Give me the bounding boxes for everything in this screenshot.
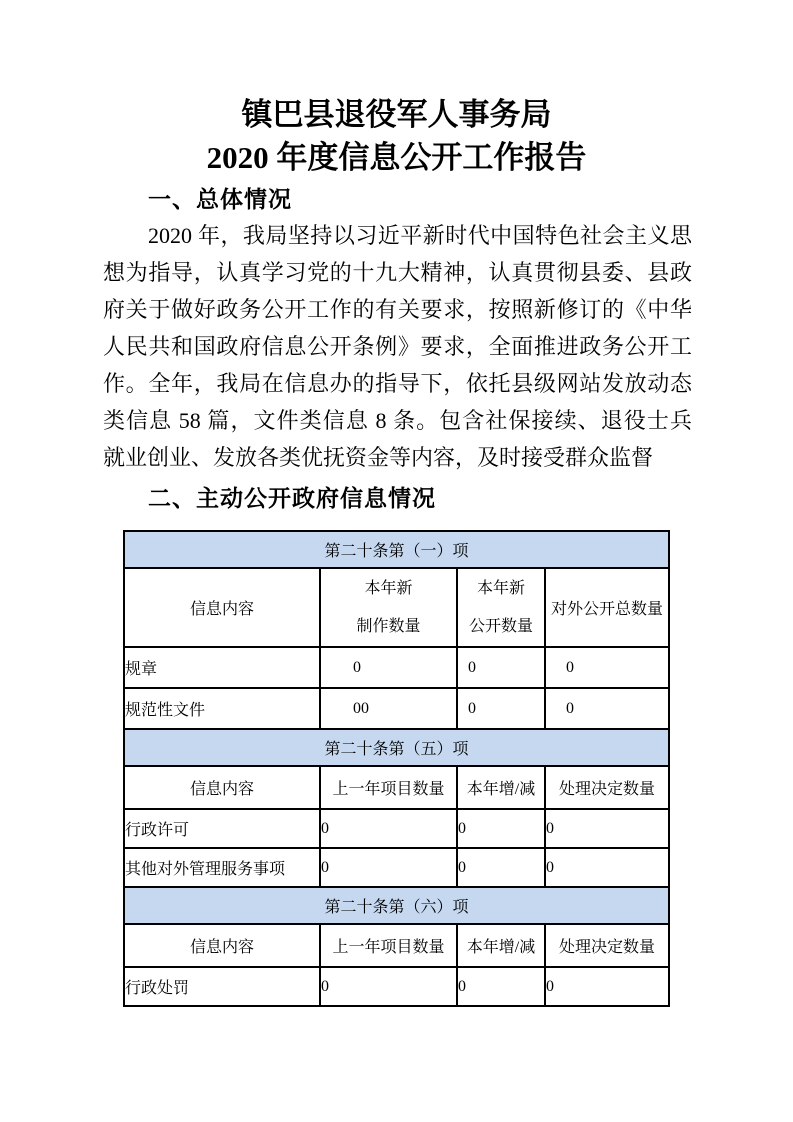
table-section-band: 第二十条第（一）项 [124, 531, 669, 568]
column-header-line: 公开数量 [458, 608, 544, 646]
row-label: 规章 [124, 647, 320, 688]
cell-value: 0 [457, 809, 545, 848]
table-column-header-row: 信息内容 本年新 制作数量 本年新 公开数量 对外公开总数量 [124, 568, 669, 647]
column-header-prev-year: 上一年项目数量 [320, 766, 457, 809]
cell-value: 0 [457, 688, 545, 729]
column-header-info-content: 信息内容 [124, 924, 320, 967]
column-header-info-content: 信息内容 [124, 766, 320, 809]
disclosure-statistics-table: 第二十条第（一）项 信息内容 本年新 制作数量 本年新 公开数量 对外公开总数量… [123, 530, 670, 1007]
table-section-band: 第二十条第（六）项 [124, 887, 669, 924]
body-line: 作。全年，我局在信息办的指导下，依托县级网站发放动态 [103, 365, 692, 402]
body-line: 府关于做好政务公开工作的有关要求，按照新修订的《中华 [103, 291, 692, 328]
cell-value: 0 [320, 967, 457, 1006]
body-line: 类信息 58 篇，文件类信息 8 条。包含社保接续、退役士兵 [103, 402, 692, 439]
document-title: 镇巴县退役军人事务局 2020 年度信息公开工作报告 [0, 0, 793, 179]
document-title-line1: 镇巴县退役军人事务局 [0, 93, 793, 136]
column-header-prev-year: 上一年项目数量 [320, 924, 457, 967]
table-section-band: 第二十条第（五）项 [124, 729, 669, 766]
body-line: 就业创业、发放各类优抚资金等内容，及时接受群众监督 [103, 439, 692, 476]
cell-value: 0 [320, 809, 457, 848]
column-header-change: 本年增/减 [457, 924, 545, 967]
table-row: 其他对外管理服务事项 0 0 0 [124, 848, 669, 887]
cell-value: 0 [457, 848, 545, 887]
cell-value: 00 [320, 688, 457, 729]
row-label: 规范性文件 [124, 688, 320, 729]
table-row: 行政许可 0 0 0 [124, 809, 669, 848]
table-row: 规章 0 0 0 [124, 647, 669, 688]
table-row: 行政处罚 0 0 0 [124, 967, 669, 1006]
cell-value: 0 [545, 848, 669, 887]
table-section-title: 第二十条第（六）项 [124, 887, 669, 924]
column-header-line: 制作数量 [321, 608, 456, 646]
document-title-line2: 2020 年度信息公开工作报告 [0, 136, 793, 179]
cell-value: 0 [545, 688, 669, 729]
body-line: 2020 年，我局坚持以习近平新时代中国特色社会主义思 [103, 217, 692, 254]
row-label: 行政处罚 [124, 967, 320, 1006]
column-header-line: 本年新 [458, 570, 544, 608]
column-header-new-public: 本年新 公开数量 [457, 568, 545, 647]
cell-value: 0 [545, 967, 669, 1006]
row-label: 其他对外管理服务事项 [124, 848, 320, 887]
cell-value: 0 [545, 809, 669, 848]
cell-value: 0 [545, 647, 669, 688]
column-header-new-made: 本年新 制作数量 [320, 568, 457, 647]
section-heading-disclosure: 二、主动公开政府信息情况 [148, 480, 793, 516]
overview-paragraph: 2020 年，我局坚持以习近平新时代中国特色社会主义思 想为指导，认真学习党的十… [103, 217, 692, 476]
table-row: 规范性文件 00 0 0 [124, 688, 669, 729]
column-header-info-content: 信息内容 [124, 568, 320, 647]
column-header-decisions: 处理决定数量 [545, 924, 669, 967]
document-page: 镇巴县退役军人事务局 2020 年度信息公开工作报告 一、总体情况 2020 年… [0, 0, 793, 1122]
table-section-title: 第二十条第（五）项 [124, 729, 669, 766]
column-header-line: 本年新 [321, 570, 456, 608]
column-header-decisions: 处理决定数量 [545, 766, 669, 809]
column-header-total-public: 对外公开总数量 [545, 568, 669, 647]
cell-value: 0 [320, 647, 457, 688]
section-heading-overview: 一、总体情况 [148, 181, 793, 217]
body-line: 人民共和国政府信息公开条例》要求，全面推进政务公开工 [103, 328, 692, 365]
cell-value: 0 [457, 967, 545, 1006]
cell-value: 0 [457, 647, 545, 688]
table-section-title: 第二十条第（一）项 [124, 531, 669, 568]
column-header-change: 本年增/减 [457, 766, 545, 809]
table-column-header-row: 信息内容 上一年项目数量 本年增/减 处理决定数量 [124, 924, 669, 967]
cell-value: 0 [320, 848, 457, 887]
body-line: 想为指导，认真学习党的十九大精神，认真贯彻县委、县政 [103, 254, 692, 291]
table-column-header-row: 信息内容 上一年项目数量 本年增/减 处理决定数量 [124, 766, 669, 809]
row-label: 行政许可 [124, 809, 320, 848]
